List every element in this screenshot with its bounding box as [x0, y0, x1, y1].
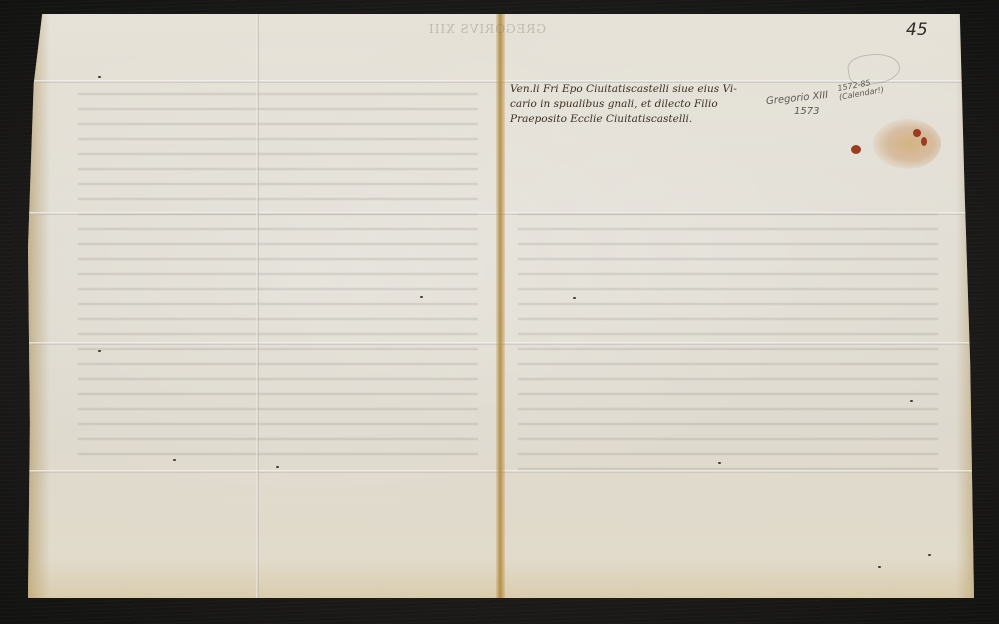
speck [276, 466, 279, 468]
address-line: cario in spualibus gnali, et dilecto Fil… [510, 97, 760, 112]
bleed-through-text-right [518, 204, 938, 474]
document-year: 1573 [794, 106, 819, 117]
folio-number: 45 [906, 20, 928, 40]
address-line: Ven.li Fri Epo Ciuitatiscastelli siue ei… [510, 82, 760, 97]
speck [573, 297, 576, 299]
center-fold-stain [496, 14, 505, 598]
speck [878, 566, 881, 568]
address-inscription: Ven.li Fri Epo Ciuitatiscastelli siue ei… [510, 82, 760, 127]
speck [98, 76, 101, 78]
address-line: Praeposito Ecclie Ciuitatiscastelli. [510, 112, 760, 127]
speck [718, 462, 721, 464]
speck [98, 350, 101, 352]
speck [910, 400, 913, 402]
wax-residue [851, 145, 861, 154]
archival-pencil-note: Gregorio XIII 1572-85 (Calendar!) 1573 [766, 86, 828, 105]
wax-residue [921, 137, 927, 146]
bleed-through-text-left [78, 84, 478, 464]
ghost-heading: GREGORIVS XIII [428, 22, 546, 36]
parchment-document: GREGORIVS XIII Ven.li Fri Epo Ciuitatisc… [28, 14, 974, 598]
fold-line [256, 14, 259, 598]
speck [173, 459, 176, 461]
seal-stain [873, 119, 941, 169]
wax-residue [913, 129, 921, 137]
pope-name: Gregorio XIII [766, 90, 829, 107]
speck [928, 554, 931, 556]
speck [420, 296, 423, 298]
